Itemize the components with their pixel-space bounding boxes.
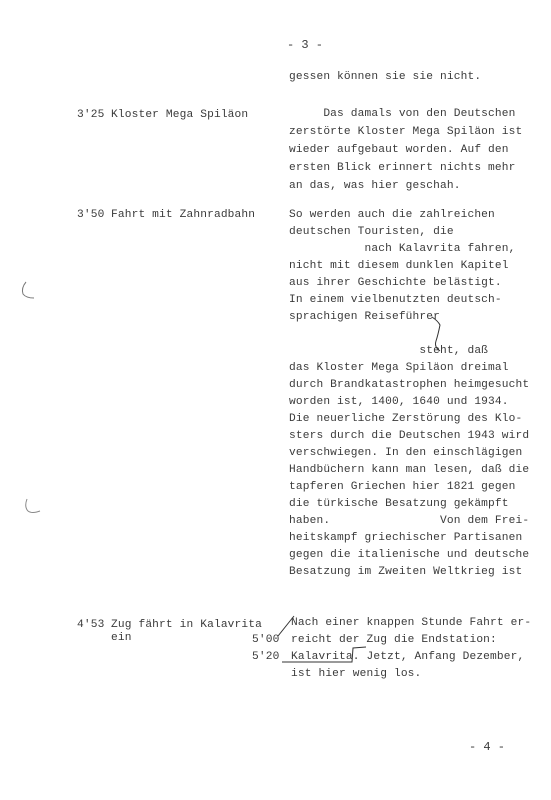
body-line: worden ist, 1400, 1640 und 1934.: [289, 396, 509, 408]
section-timecode: 4'53: [77, 619, 104, 631]
body-line: reicht der Zug die Endstation:: [291, 634, 497, 646]
body-line: an das, was hier geschah.: [289, 180, 461, 192]
body-line: In einem vielbenutzten deutsch-: [289, 294, 502, 306]
body-line: ersten Blick erinnert nichts mehr: [289, 162, 516, 174]
body-line: deutschen Touristen, die: [289, 226, 454, 238]
body-line: durch Brandkatastrophen heimgesucht: [289, 379, 529, 391]
body-line: heitskampf griechischer Partisanen: [289, 532, 522, 544]
section-timecode: 3'25: [77, 109, 104, 121]
margin-hole-mark: [18, 280, 38, 304]
body-line: sprachigen Reiseführer: [289, 311, 440, 323]
footer-page-number: - 4 -: [469, 740, 505, 754]
sub-timecode: 5'20: [252, 651, 279, 663]
body-line: haben. Von dem Frei-: [289, 515, 529, 527]
handwritten-slash-mark: [276, 614, 296, 638]
body-line: gegen die italienische und deutsche: [289, 549, 529, 561]
section-title: Zug fährt in Kalavrita: [111, 619, 262, 631]
body-line: Handbüchern kann man lesen, daß die: [289, 464, 529, 476]
body-line: zerstörte Kloster Mega Spiläon ist: [289, 126, 522, 138]
body-line: Nach einer knappen Stunde Fahrt er-: [291, 617, 531, 629]
body-line: sters durch die Deutschen 1943 wird: [289, 430, 529, 442]
section-title: Fahrt mit Zahnradbahn: [111, 209, 255, 221]
body-line: nicht mit diesem dunklen Kapitel: [289, 260, 509, 272]
body-line: Das damals von den Deutschen: [289, 108, 516, 120]
section-timecode: 3'50: [77, 209, 104, 221]
body-line: die türkische Besatzung gekämpft: [289, 498, 509, 510]
margin-hole-mark: [20, 497, 42, 519]
body-line: das Kloster Mega Spiläon dreimal: [289, 362, 509, 374]
body-line: verschwiegen. In den einschlägigen: [289, 447, 522, 459]
carryover-line: gessen können sie sie nicht.: [289, 71, 481, 83]
section-title-continued: ein: [111, 632, 132, 644]
body-line: aus ihrer Geschichte belästigt.: [289, 277, 502, 289]
header-page-number: - 3 -: [287, 38, 323, 52]
body-line: Die neuerliche Zerstörung des Klo-: [289, 413, 522, 425]
body-line: wieder aufgebaut worden. Auf den: [289, 144, 509, 156]
body-line: nach Kalavrita fahren,: [289, 243, 516, 255]
body-line: Besatzung im Zweiten Weltkrieg ist: [289, 566, 522, 578]
body-line: tapferen Griechen hier 1821 gegen: [289, 481, 516, 493]
body-line: ist hier wenig los.: [291, 668, 421, 680]
body-line: So werden auch die zahlreichen: [289, 209, 495, 221]
section-title: Kloster Mega Spiläon: [111, 109, 248, 121]
handwritten-brace-mark: [430, 315, 460, 355]
handwritten-cut-mark: [280, 646, 370, 666]
